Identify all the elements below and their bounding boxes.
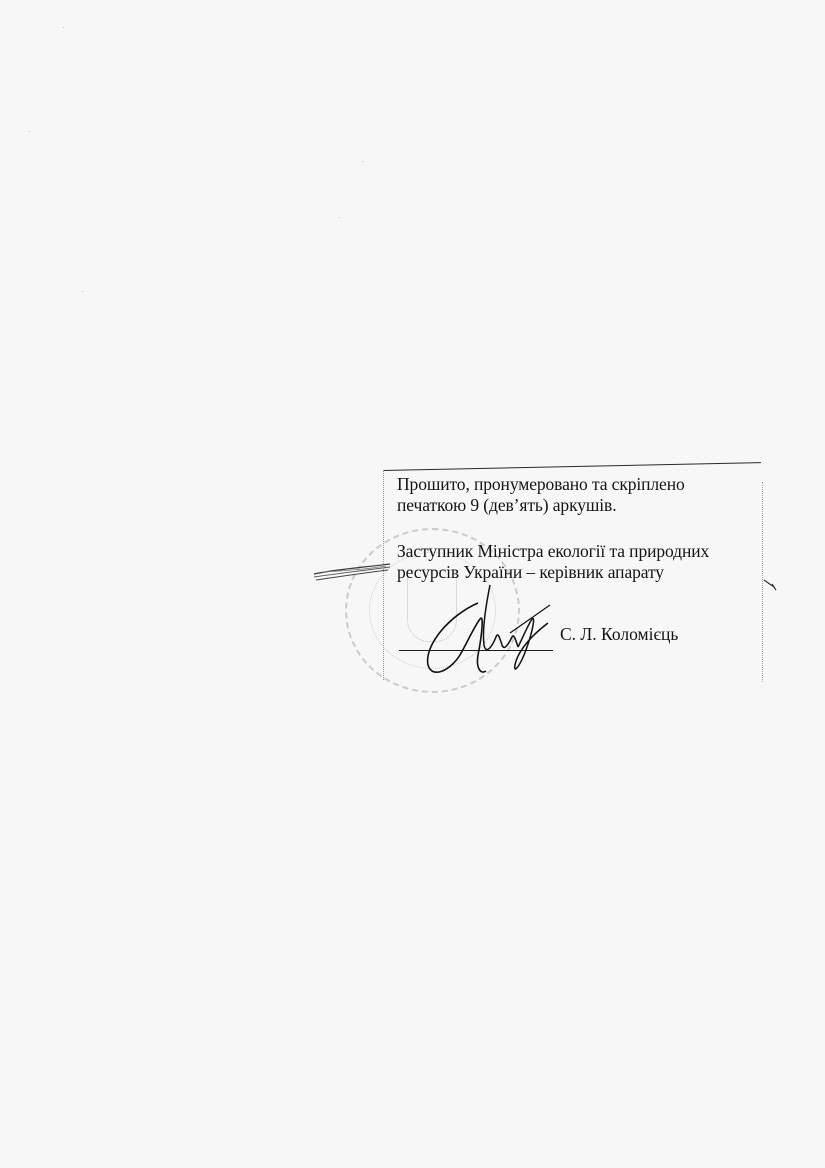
scan-speck <box>63 27 64 28</box>
binding-statement-line-1: Прошито, пронумеровано та скріплено <box>397 474 685 494</box>
binding-thread-icon <box>312 560 392 584</box>
signer-name: С. Л. Коломієць <box>560 624 678 644</box>
scan-speck <box>82 291 83 292</box>
margin-tick-mark-icon <box>762 578 782 592</box>
document-page: Прошито, пронумеровано та скріплено печа… <box>0 0 825 1168</box>
block-border-top <box>383 462 761 471</box>
signer-title-line-1: Заступник Міністра екології та природних <box>397 541 709 561</box>
handwritten-signature-icon <box>420 575 560 685</box>
block-border-left <box>383 470 384 680</box>
scan-speck <box>29 131 30 132</box>
scan-speck <box>339 217 340 218</box>
binding-statement-line-2: печаткою 9 (дев’ять) аркушів. <box>397 495 616 515</box>
scan-speck <box>362 161 363 162</box>
